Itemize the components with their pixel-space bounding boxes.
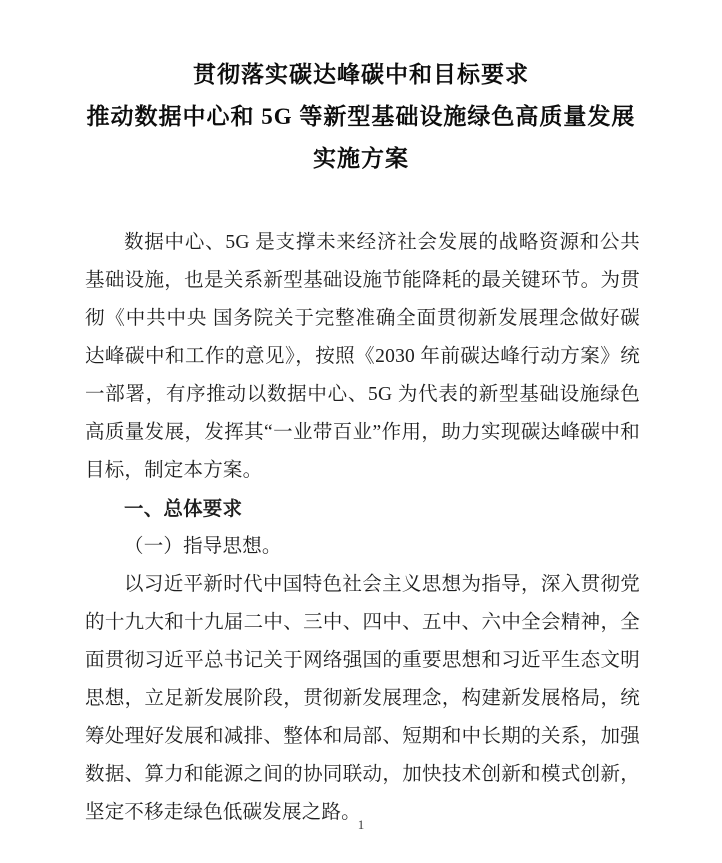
document-body: 数据中心、5G 是支撑未来经济社会发展的战略资源和公共基础设施，也是关系新型基础… [0,224,722,832]
title-line-3: 实施方案 [0,138,722,180]
subsection-heading-guiding-ideology: （一）指导思想。 [85,528,640,566]
section-heading-overall-requirements: 一、总体要求 [85,490,640,528]
title-line-2: 推动数据中心和 5G 等新型基础设施绿色高质量发展 [0,96,722,138]
page-number: 1 [0,817,722,833]
document-title: 贯彻落实碳达峰碳中和目标要求 推动数据中心和 5G 等新型基础设施绿色高质量发展… [0,0,722,180]
title-line-1: 贯彻落实碳达峰碳中和目标要求 [0,54,722,96]
paragraph-guiding-ideology: 以习近平新时代中国特色社会主义思想为指导，深入贯彻党的十九大和十九届二中、三中、… [85,566,640,832]
paragraph-intro: 数据中心、5G 是支撑未来经济社会发展的战略资源和公共基础设施，也是关系新型基础… [85,224,640,490]
document-page: 贯彻落实碳达峰碳中和目标要求 推动数据中心和 5G 等新型基础设施绿色高质量发展… [0,0,722,863]
